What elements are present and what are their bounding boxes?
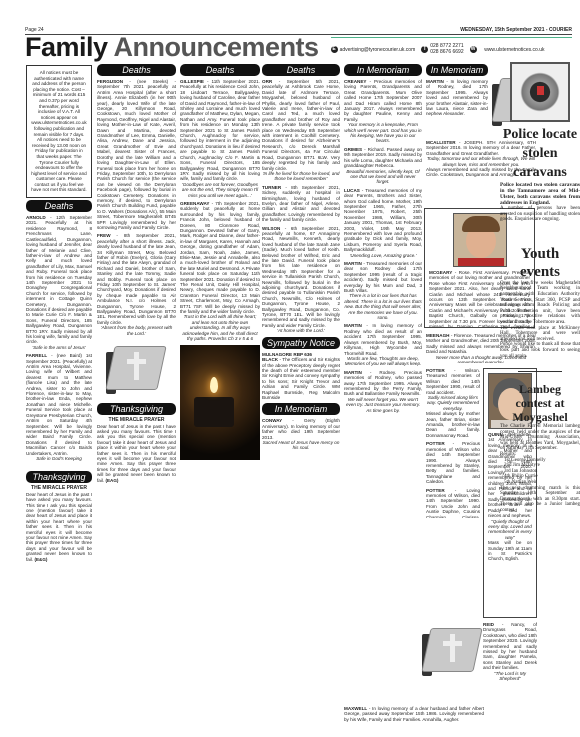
notice-potter-3: POTTER - Loving memories of Wilson, died… <box>426 488 480 518</box>
notice-martin-3: MARTIN - Rodney. Precious memories of Ro… <box>344 370 422 413</box>
notice-gillespie: GILLESPIE - 11th September 2021. Peacefu… <box>180 79 260 198</box>
notice-wilson: WILSON - 6th September 2021, peacefully … <box>262 226 340 334</box>
candle-image <box>180 345 260 460</box>
photo-mcgeary <box>453 213 507 267</box>
article-body-youth-1: Over the last five weeks Magherafelt Nei… <box>500 281 580 326</box>
section-header-thanksgiving: Thanksgiving <box>97 403 176 415</box>
notice-farrell: FARRELL - (nee Baird) 1st September 2021… <box>26 353 92 461</box>
masthead: Family Announcements Eadvertising@tyrone… <box>25 36 572 58</box>
article-body-youth-3: Police would like to thank all those tha… <box>500 342 580 359</box>
notice-arnold: ARNOLD - 12th September 2021. Peacefully… <box>26 215 92 350</box>
article-end-lambeg: The next drumming match is this Saturday… <box>500 486 580 514</box>
notice-potter-2: POTTER - Precious memories of Wilson who… <box>426 441 480 484</box>
website-contact[interactable]: W www.ulsternetnotices.co.uk <box>470 46 545 53</box>
notice-orr: ORR - September 5th 2021, peacefully at … <box>262 79 340 182</box>
notice-potter-1: POTTER - Wilson. Treasured memories of W… <box>426 368 480 438</box>
page-title: Family Announcements <box>25 36 319 58</box>
notice-grimes: GRIMES - Richard. Passed away on 9th Sep… <box>344 147 422 185</box>
article-body-lambeg: The Charlie Farrell Memorial lambeg cont… <box>500 424 580 452</box>
email-contact[interactable]: Eadvertising@tyronecourier.uk.com <box>331 46 416 53</box>
article-body-police: A number of persons have been arrested o… <box>500 206 580 223</box>
article-title-police: Police locate stolen caravans <box>500 125 580 182</box>
column-2: Deaths FERGUSON - (nee Steeks) - Septemb… <box>97 62 176 732</box>
article-body-youth-2: The events took place at McKinney Hall, … <box>500 326 580 343</box>
police-crest-image <box>510 62 570 122</box>
section-header-in-memoriam: In Memoriam <box>344 64 422 76</box>
section-header-thanksgiving: Thanksgiving <box>26 471 92 483</box>
notice-greenaway: GREENAWAY - 7th September 2021, suddenly… <box>180 201 260 342</box>
news-column: Police locate stolen caravans Police loc… <box>500 62 580 732</box>
article-title-lambeg: Lambeg contest at Moygashel <box>500 382 580 424</box>
notice-conway: CONWAY - Gerry (Eighth Anniversary). In … <box>262 418 340 450</box>
contact-bar: Eadvertising@tyronecourier.uk.com T028 8… <box>331 37 572 57</box>
column-5: In Memoriam CREANEY - Precious memories … <box>344 62 422 732</box>
notice-lucas: LUCAS - Treasured memories of my dear Pa… <box>344 188 422 258</box>
phone-contact[interactable]: T028 8772 2271028 8676 6692 <box>421 43 463 55</box>
article-title-youth: Youth events <box>500 245 580 281</box>
notice-black: MULNAGORE RBP 636BLACK - The Officers an… <box>262 352 340 401</box>
email-icon: E <box>331 46 338 53</box>
prayer-text: Dear heart of Jesus in the past I have a… <box>26 492 92 562</box>
notice-martin-2: MARTIN - In loving memory of Rodney who … <box>344 323 422 366</box>
prayer-text: Dear heart of Jesus in the past I have a… <box>97 424 176 483</box>
article-lead-police: Police located two stolen caravans in th… <box>500 182 580 206</box>
column-4: Deaths ORR - September 5th 2021, peacefu… <box>262 62 340 732</box>
section-header-deaths: Deaths <box>180 64 260 76</box>
column-1: All notices must be authenticated with n… <box>14 62 92 732</box>
issue-date: WEDNESDAY, 15th September 2021 - COURIER <box>460 27 572 33</box>
section-header-sympathy: Sympathy Notice <box>262 337 340 349</box>
column-6: In Memoriam MARTIN - In loving memory of… <box>426 62 488 122</box>
bible-icon <box>418 624 488 679</box>
phone-icon: T <box>421 46 428 53</box>
section-header-deaths: Deaths <box>26 200 92 212</box>
notice-martin-brother: MARTIN - In loving memory of Rodney, die… <box>426 79 488 117</box>
section-header-in-memoriam: In Memoriam <box>426 64 488 76</box>
column-3: Deaths GILLESPIE - 11th September 2021. … <box>180 62 260 732</box>
section-header-deaths: Deaths <box>97 64 176 76</box>
notice-martin-1: MARTIN - Treasured memories of our dear … <box>344 261 422 320</box>
bible-icon <box>102 342 172 397</box>
notice-ferguson: FERGUSON - (nee Steeks) - September 7th … <box>97 79 176 230</box>
web-icon: W <box>470 46 477 53</box>
notice-turner: TURNER - 8th September 2021, Sidney, sud… <box>262 185 340 223</box>
notice-maxwell: MAXWELL - In loving memory of a dear hus… <box>344 706 484 732</box>
notice-frew: FREW - 8th September 2021, peacefully af… <box>97 233 176 336</box>
terms-notice-box: All notices must be authenticated with n… <box>26 65 92 198</box>
divider <box>518 371 562 372</box>
results-list: 1st George Donnelly2nd Jim McIntyre3rd I… <box>500 458 580 486</box>
section-header-in-memoriam: In Memoriam <box>262 403 340 415</box>
section-header-deaths: Deaths <box>262 64 340 76</box>
flame-icon <box>210 377 218 393</box>
notice-creaney: CREANEY - Precious memories of loving Pa… <box>344 79 422 144</box>
column-6-left: POTTER - Wilson. Treasured memories of W… <box>426 368 480 518</box>
